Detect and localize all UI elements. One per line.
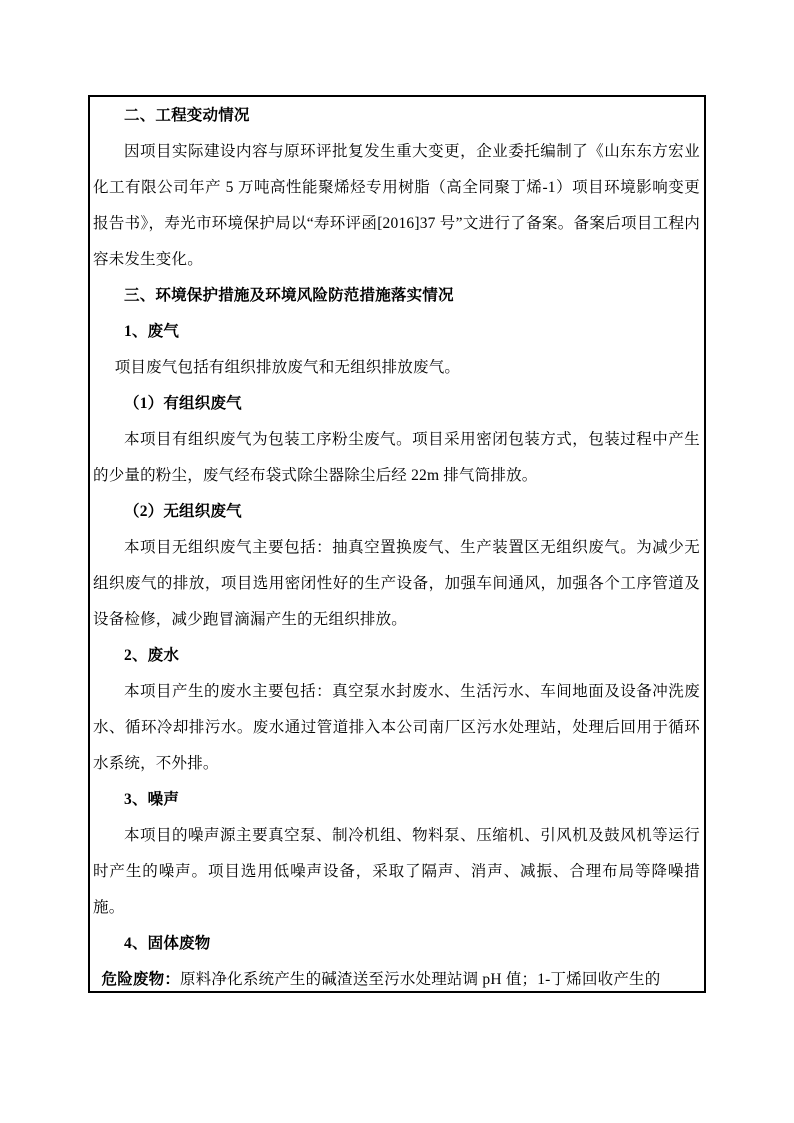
paragraph: 本项目产生的废水主要包括：真空泵水封废水、生活污水、车间地面及设备冲洗废水、循环… (93, 674, 700, 782)
section-heading: 1、废气 (93, 314, 700, 350)
section-heading: （2）无组织废气 (93, 494, 700, 530)
paragraph: 危险废物：原料净化系统产生的碱渣送至污水处理站调 pH 值；1-丁烯回收产生的 (93, 962, 700, 991)
paragraph: 本项目有组织废气为包装工序粉尘废气。项目采用密闭包装方式，包装过程中产生的少量的… (93, 422, 700, 494)
section-heading: 2、废水 (93, 638, 700, 674)
paragraph-lead-label: 危险废物： (102, 971, 181, 988)
section-heading: 三、环境保护措施及环境风险防范措施落实情况 (93, 278, 700, 314)
report-table-border: 二、工程变动情况因项目实际建设内容与原环评批复发生重大变更，企业委托编制了《山东… (88, 95, 706, 993)
document-page: 二、工程变动情况因项目实际建设内容与原环评批复发生重大变更，企业委托编制了《山东… (0, 0, 794, 1123)
paragraph: 因项目实际建设内容与原环评批复发生重大变更，企业委托编制了《山东东方宏业化工有限… (93, 134, 700, 278)
document-body: 二、工程变动情况因项目实际建设内容与原环评批复发生重大变更，企业委托编制了《山东… (90, 97, 704, 991)
paragraph: 本项目无组织废气主要包括：抽真空置换废气、生产装置区无组织废气。为减少无组织废气… (93, 530, 700, 638)
section-heading: 4、固体废物 (93, 926, 700, 962)
section-heading: 二、工程变动情况 (93, 98, 700, 134)
section-heading: 3、噪声 (93, 782, 700, 818)
paragraph: 项目废气包括有组织排放废气和无组织排放废气。 (93, 350, 700, 386)
section-heading: （1）有组织废气 (93, 386, 700, 422)
paragraph: 本项目的噪声源主要真空泵、制冷机组、物料泵、压缩机、引风机及鼓风机等运行时产生的… (93, 818, 700, 926)
paragraph-text: 原料净化系统产生的碱渣送至污水处理站调 pH 值；1-丁烯回收产生的 (180, 971, 660, 988)
